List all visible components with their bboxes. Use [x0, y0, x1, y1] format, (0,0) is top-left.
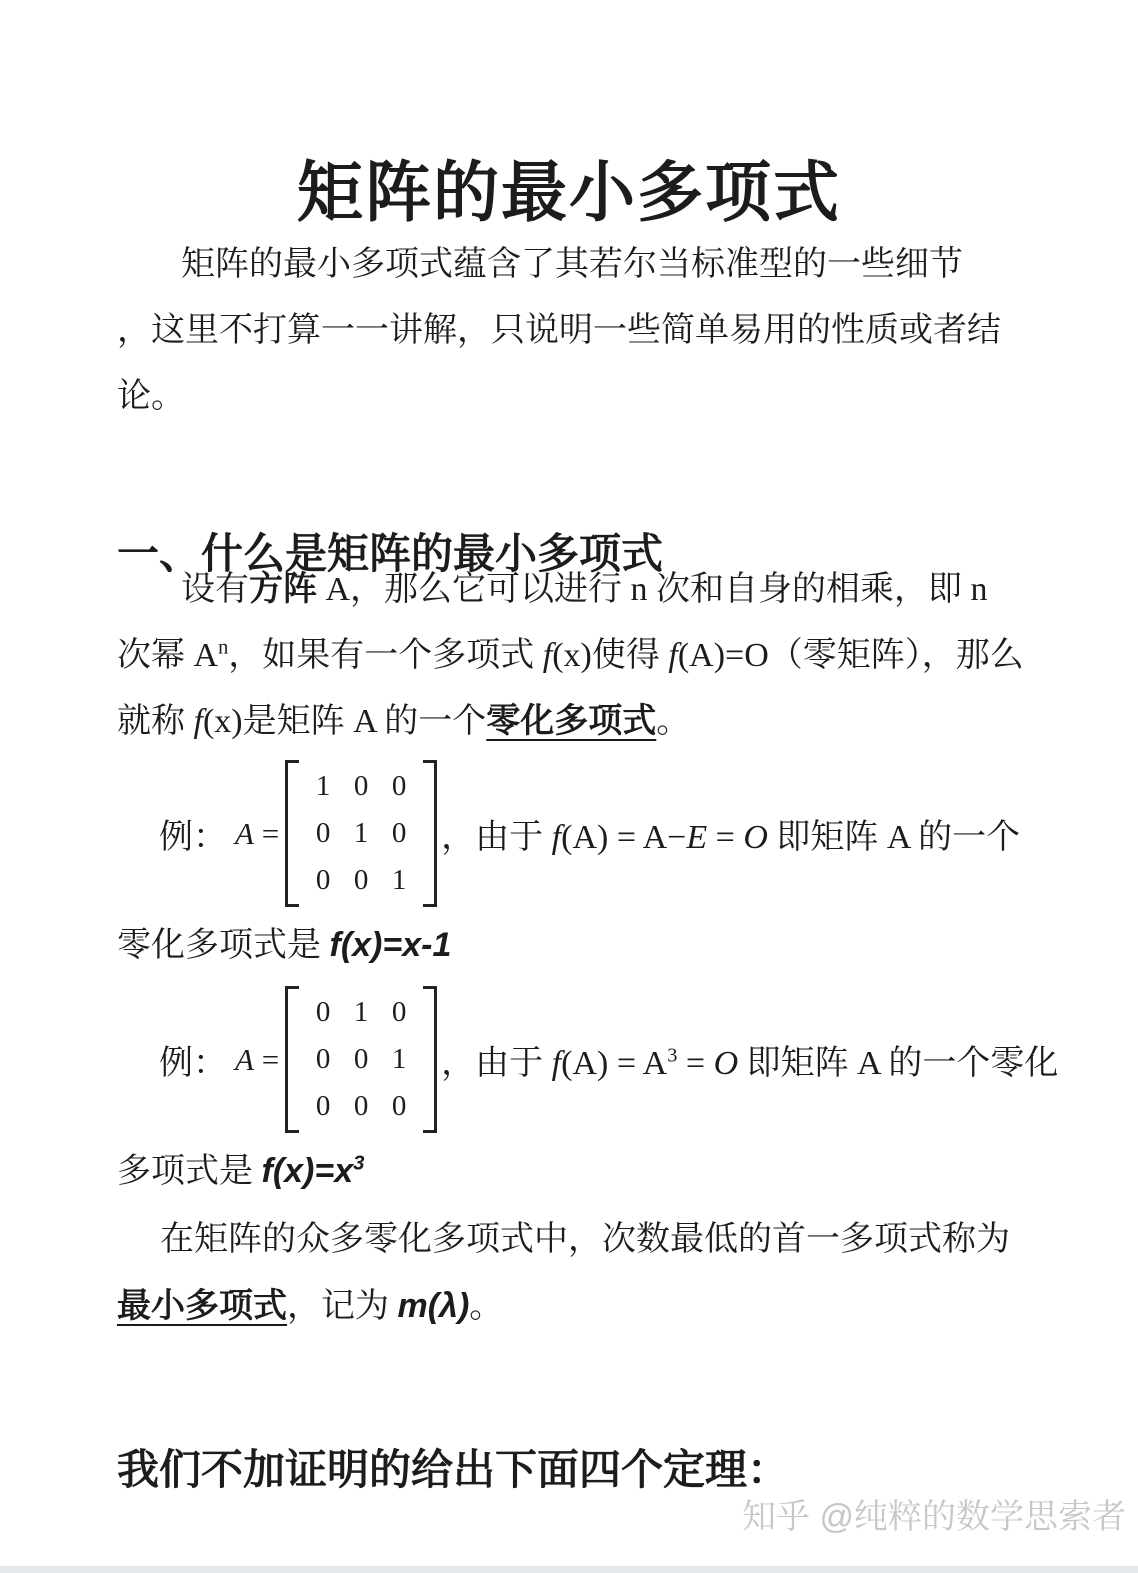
- text-run: 最小多项式: [117, 1288, 287, 1325]
- text-run: =: [254, 1042, 279, 1077]
- intro-paragraph: 矩阵的最小多项式蕴含了其若尔当标准型的一些细节 ，这里不打算一一讲解，只说明一些…: [117, 232, 1028, 430]
- text-run: f: [543, 637, 552, 674]
- document-title: 矩阵的最小多项式: [0, 152, 1138, 236]
- matrix-right-bracket: [423, 986, 437, 1133]
- intro-line: ，这里不打算一一讲解，只说明一些简单易用的性质或者结: [117, 298, 1028, 364]
- text-run: 3: [667, 1045, 677, 1067]
- matrix-left-bracket: [285, 986, 299, 1133]
- intro-line: 矩阵的最小多项式蕴含了其若尔当标准型的一些细节: [117, 232, 1028, 298]
- matrix-cell: 1: [380, 1036, 418, 1083]
- matrix-cell: 1: [342, 810, 380, 857]
- text-run: ，如果有一个多项式: [228, 637, 543, 674]
- matrix-cell: 0: [342, 1036, 380, 1083]
- text-run: f: [552, 819, 561, 856]
- example-2-continuation: 多项式是 f(x)=x3: [117, 1138, 1028, 1205]
- matrix-right-bracket: [423, 760, 437, 907]
- text-run: 次幂 A: [117, 637, 218, 674]
- text-run: ，由于: [441, 1045, 552, 1082]
- text-run: f(x)=x: [262, 1152, 354, 1190]
- section-paragraph-line: 设有方阵 A，那么它可以进行 n 次和自身的相乘，即 n: [117, 557, 1028, 623]
- text-run: =: [677, 1045, 713, 1082]
- section-paragraph-line: 就称 f(x)是矩阵 A 的一个零化多项式。: [117, 689, 1028, 755]
- text-run: ，记为: [287, 1288, 398, 1325]
- matrix-cell: 1: [380, 857, 418, 904]
- matrix-lhs: A =: [235, 816, 279, 852]
- matrix-left-bracket: [285, 760, 299, 907]
- text-run: 在矩阵的众多零化多项式中，次数最低的首一多项式称为: [160, 1221, 1010, 1258]
- example-text: ，由于 f(A) = A−E = O 即矩阵 A 的一个: [441, 809, 1020, 858]
- matrix: 010001000: [285, 986, 437, 1133]
- example-text: ，由于 f(A) = A3 = O 即矩阵 A 的一个零化: [441, 1035, 1058, 1084]
- text-run: 方阵: [249, 571, 317, 608]
- text-run: A，那么它可以进行 n 次和自身的相乘，即 n: [317, 571, 988, 608]
- closing-line: 最小多项式，记为 m(λ)。: [117, 1273, 1028, 1340]
- document-page: 矩阵的最小多项式 矩阵的最小多项式蕴含了其若尔当标准型的一些细节 ，这里不打算一…: [0, 0, 1138, 1573]
- text-run: =: [707, 819, 743, 856]
- text-run: ，这里不打算一一讲解，只说明一些简单易用的性质或者结: [117, 312, 1001, 349]
- text-run: (x)是矩阵 A 的一个: [203, 703, 486, 740]
- matrix-cell: 0: [304, 1083, 342, 1130]
- text-run: ，由于: [441, 819, 552, 856]
- text-run: 即矩阵 A 的一个零化: [738, 1045, 1058, 1082]
- text-run: (A)=O（零矩阵），那么: [678, 637, 1024, 674]
- closing-line: 在矩阵的众多零化多项式中，次数最低的首一多项式称为: [117, 1207, 1028, 1273]
- text-run: 多项式是: [117, 1153, 262, 1190]
- matrix-cell: 1: [342, 989, 380, 1036]
- matrix-cell: 0: [342, 763, 380, 810]
- text-run: (A) = A: [561, 1045, 667, 1082]
- text-run: 论。: [117, 378, 185, 415]
- closing-paragraph: 在矩阵的众多零化多项式中，次数最低的首一多项式称为 最小多项式，记为 m(λ)。: [117, 1207, 1028, 1340]
- matrix-cell: 1: [304, 763, 342, 810]
- text-run: m(λ): [398, 1287, 470, 1325]
- example-2: 例： A = 010001000 ，由于 f(A) = A3 = O 即矩阵 A…: [117, 986, 1058, 1133]
- text-run: f: [668, 637, 677, 674]
- matrix-cell: 0: [342, 1083, 380, 1130]
- example-1-continuation: 零化多项式是 f(x)=x-1: [117, 912, 1028, 979]
- matrix: 100010001: [285, 760, 437, 907]
- text-run: 就称: [117, 703, 194, 740]
- text-run: O: [714, 1045, 739, 1082]
- matrix-cell: 0: [342, 857, 380, 904]
- text-run: 设有: [181, 571, 249, 608]
- text-run: n: [218, 637, 228, 659]
- matrix-cell: 0: [380, 1083, 418, 1130]
- watermark: 知乎 @纯粹的数学思索者: [742, 1490, 1126, 1544]
- text-run: f: [552, 1045, 561, 1082]
- footer-band: [0, 1566, 1138, 1573]
- text-run: A: [235, 816, 254, 851]
- text-run: 即矩阵 A 的一个: [768, 819, 1020, 856]
- text-run: 零化多项式: [486, 703, 656, 740]
- text-run: =: [254, 816, 279, 851]
- matrix-cell: 0: [380, 989, 418, 1036]
- section-paragraph-line: 次幂 An，如果有一个多项式 f(x)使得 f(A)=O（零矩阵），那么: [117, 623, 1028, 689]
- text-run: 零化多项式是: [117, 927, 330, 964]
- text-run: 矩阵的最小多项式蕴含了其若尔当标准型的一些细节: [181, 246, 963, 283]
- matrix-cell: 0: [304, 1036, 342, 1083]
- example-label: 例：: [159, 809, 227, 858]
- text-run: 3: [353, 1153, 364, 1175]
- text-run: E: [686, 819, 707, 856]
- text-run: (A) = A−: [561, 819, 686, 856]
- text-run: f: [194, 703, 203, 740]
- theorem-heading: 我们不加证明的给出下面四个定理：: [117, 1445, 789, 1497]
- matrix-cell: 0: [304, 857, 342, 904]
- text-run: O: [743, 819, 768, 856]
- text-run: 。: [469, 1288, 503, 1325]
- intro-line: 论。: [117, 364, 1028, 430]
- section-paragraph: 设有方阵 A，那么它可以进行 n 次和自身的相乘，即 n 次幂 An，如果有一个…: [117, 557, 1028, 755]
- example-label: 例：: [159, 1035, 227, 1084]
- text-run: 。: [656, 703, 690, 740]
- matrix-cell: 0: [304, 810, 342, 857]
- matrix-lhs: A =: [235, 1042, 279, 1078]
- example-1: 例： A = 100010001 ，由于 f(A) = A−E = O 即矩阵 …: [117, 760, 1020, 907]
- text-run: A: [235, 1042, 254, 1077]
- matrix-cell: 0: [304, 989, 342, 1036]
- matrix-grid: 010001000: [299, 986, 423, 1133]
- matrix-cell: 0: [380, 810, 418, 857]
- matrix-grid: 100010001: [299, 760, 423, 907]
- matrix-cell: 0: [380, 763, 418, 810]
- text-run: f(x)=x-1: [330, 926, 452, 964]
- text-run: (x)使得: [552, 637, 668, 674]
